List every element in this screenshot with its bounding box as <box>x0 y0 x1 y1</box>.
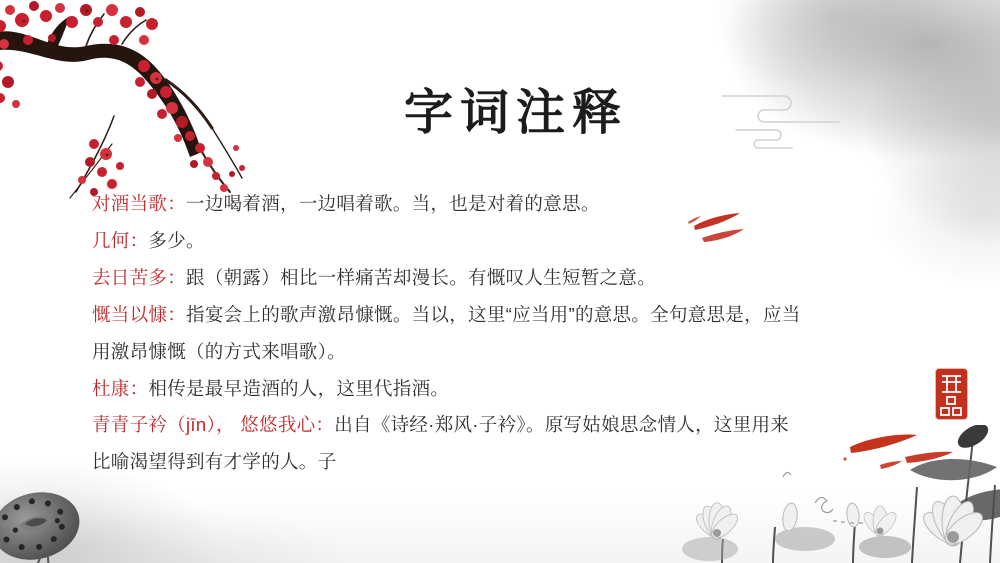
annotation-line: 对酒当歌：一边喝着酒，一边唱着歌。当，也是对着的意思。 <box>92 186 952 223</box>
lotus-flower <box>693 503 742 542</box>
annotation-text: 跟（朝露）相比一样痛苦却漫长。有慨叹人生短暂之意。 <box>186 267 656 288</box>
annotation-keyword: 对酒当歌： <box>92 193 186 214</box>
lotus-seedpod-illustration <box>0 488 128 563</box>
annotation-keyword: 杜康： <box>92 378 148 399</box>
annotation-line: 用激昂慷慨（的方式来唱歌）。 <box>92 334 952 371</box>
presentation-slide: 字词注释 对酒当歌：一边喝着酒，一边唱着歌。当，也是对着的意思。几何：多少。去日… <box>0 0 1000 563</box>
lotus-bud <box>846 502 860 527</box>
annotation-text: 出自《诗经·郑风·子衿》。原写姑娘思念情人，这里用来 <box>334 414 789 435</box>
annotation-line: 慨当以慷：指宴会上的歌声激昂慷慨。当以，这里“应当用”的意思。全句意思是，应当 <box>92 297 952 334</box>
annotation-text: 多少。 <box>148 230 204 251</box>
annotation-line: 青青子衿（jīn）， 悠悠我心：出自《诗经·郑风·子衿》。原写姑娘思念情人，这里… <box>92 407 952 444</box>
annotation-text: 用激昂慷慨（的方式来唱歌）。 <box>92 341 346 362</box>
annotation-line: 比喻渴望得到有才学的人。子 <box>92 444 952 481</box>
annotation-text: 相传是最早造酒的人，这里代指酒。 <box>148 378 449 399</box>
annotation-text: 比喻渴望得到有才学的人。子 <box>92 451 336 472</box>
lotus-bud <box>781 502 799 532</box>
annotation-keyword: 去日苦多： <box>92 267 186 288</box>
slide-title: 字词注释 <box>16 74 1000 144</box>
annotation-line: 几何：多少。 <box>92 223 952 260</box>
annotation-keyword: 几何： <box>92 230 148 251</box>
lotus-seedpod-bud <box>954 425 992 453</box>
annotation-line: 去日苦多：跟（朝露）相比一样痛苦却漫长。有慨叹人生短暂之意。 <box>92 260 952 297</box>
annotation-line: 杜康：相传是最早造酒的人，这里代指酒。 <box>92 371 952 408</box>
lotus-flower <box>860 506 899 539</box>
annotation-list: 对酒当歌：一边喝着酒，一边唱着歌。当，也是对着的意思。几何：多少。去日苦多：跟（… <box>92 186 952 481</box>
annotation-text: 一边喝着酒，一边唱着歌。当，也是对着的意思。 <box>186 193 600 214</box>
annotation-keyword: 青青子衿（jīn）， 悠悠我心： <box>92 414 334 435</box>
annotation-text: 指宴会上的歌声激昂慷慨。当以，这里“应当用”的意思。全句意思是，应当 <box>186 304 801 325</box>
annotation-keyword: 慨当以慷： <box>92 304 186 325</box>
